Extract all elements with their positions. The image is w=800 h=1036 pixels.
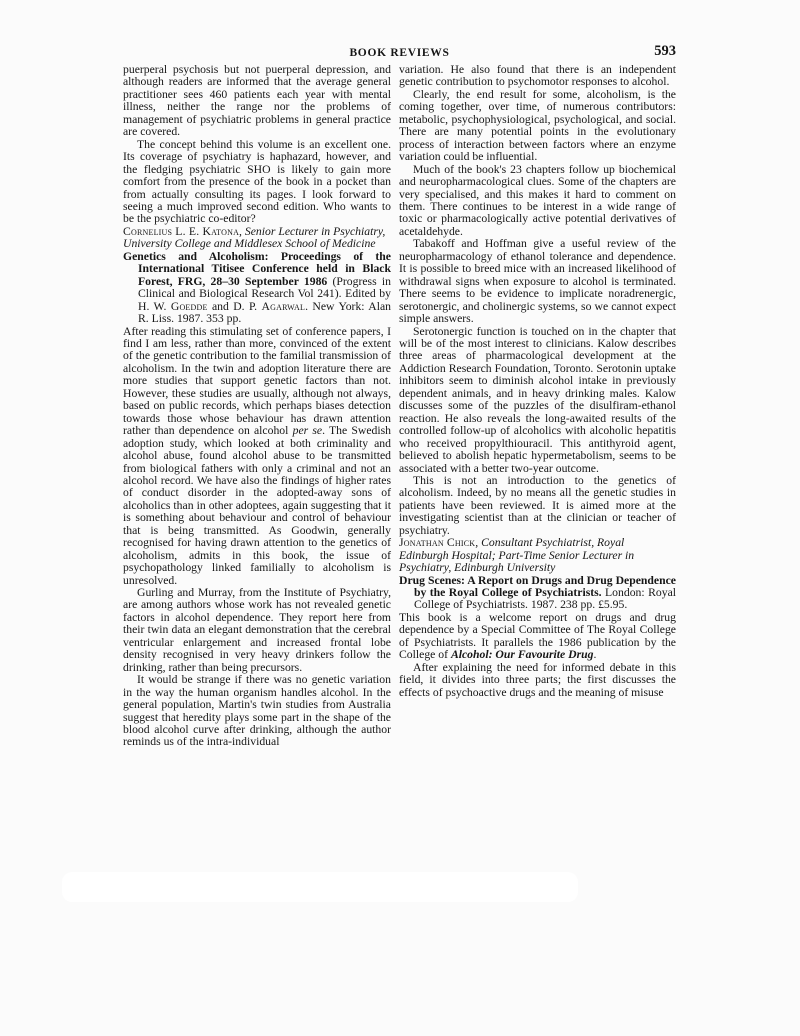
reviewer-byline: Jonathan Chick, Consultant Psychiatrist,… (399, 537, 676, 574)
book-citation: Drug Scenes: A Report on Drugs and Drug … (399, 575, 676, 612)
scan-artifact (62, 872, 578, 902)
paragraph: puerperal psychosis but not puerperal de… (123, 64, 391, 139)
page-number: 593 (576, 43, 676, 60)
paragraph: It would be strange if there was no gene… (123, 674, 391, 749)
right-column: variation. He also found that there is a… (399, 64, 676, 699)
left-column: puerperal psychosis but not puerperal de… (123, 64, 391, 749)
paragraph: Clearly, the end result for some, alcoho… (399, 89, 676, 164)
paragraph: Serotonergic function is touched on in t… (399, 326, 676, 475)
paragraph: This is not an introduction to the genet… (399, 475, 676, 537)
editor-name: Goedde (171, 300, 208, 313)
reviewer-name: Cornelius L. E. Katona (123, 225, 239, 238)
paragraph: Tabakoff and Hoffman give a useful revie… (399, 238, 676, 325)
paragraph: The concept behind this volume is an exc… (123, 139, 391, 226)
paragraph: variation. He also found that there is a… (399, 64, 676, 89)
citation-text: and D. P. (208, 300, 262, 313)
latin-phrase: per se (293, 424, 323, 437)
referenced-book-title: Alcohol: Our Favourite Drug (451, 648, 594, 661)
editor-name: Agarwal (261, 300, 305, 313)
paragraph: Much of the book's 23 chapters follow up… (399, 164, 676, 239)
paragraph-text: After reading this stimulating set of co… (123, 325, 391, 438)
journal-page: BOOK REVIEWS 593 puerperal psychosis but… (0, 0, 800, 1036)
paragraph-text: . The Swedish adoption study, which look… (123, 424, 391, 586)
paragraph: After explaining the need for informed d… (399, 662, 676, 699)
reviewer-name: Jonathan Chick (399, 536, 475, 549)
paragraph: This book is a welcome report on drugs a… (399, 612, 676, 662)
reviewer-byline: Cornelius L. E. Katona, Senior Lecturer … (123, 226, 391, 251)
paragraph: Gurling and Murray, from the Institute o… (123, 587, 391, 674)
book-citation: Genetics and Alcoholism: Proceedings of … (123, 251, 391, 326)
paragraph: After reading this stimulating set of co… (123, 326, 391, 588)
paragraph-text: . (593, 648, 596, 661)
